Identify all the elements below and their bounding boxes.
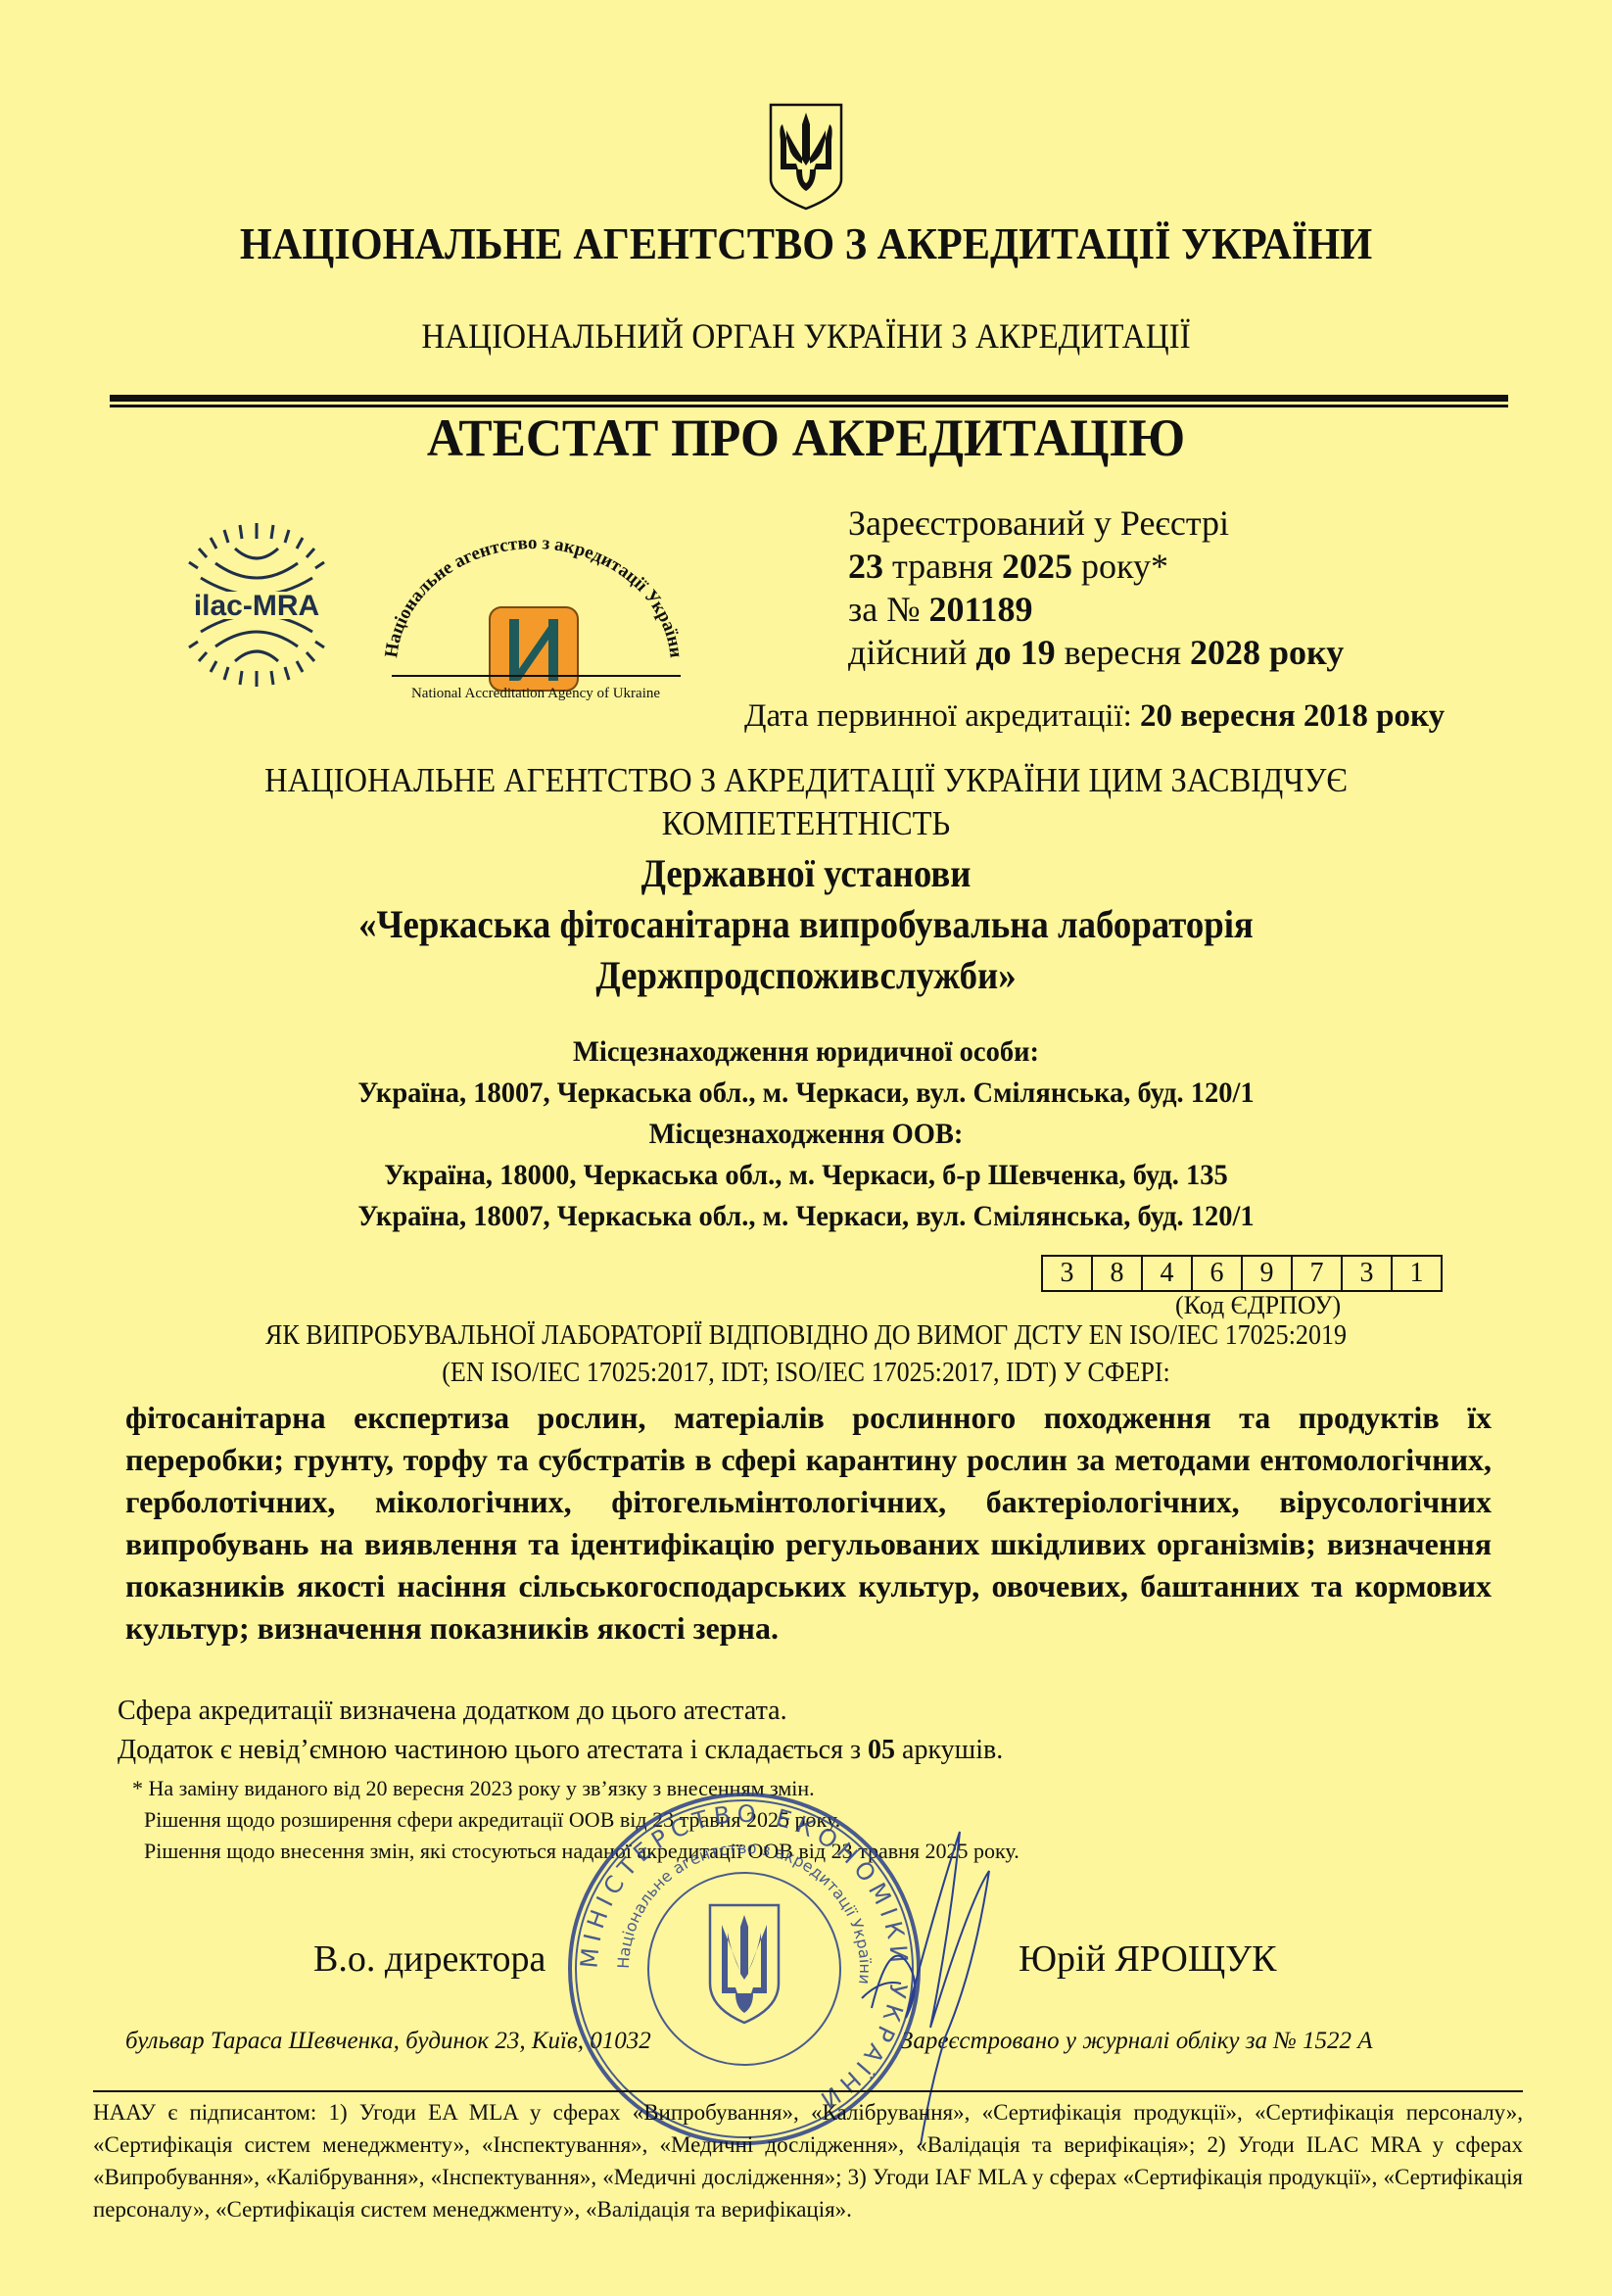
legal-address: Україна, 18007, Черкаська обл., м. Черка… xyxy=(40,1073,1572,1114)
registration-info: Зареєстрований у Реєстрі 23 травня 2025 … xyxy=(848,502,1344,674)
signatory-name: Юрій ЯРОЩУК xyxy=(1019,1937,1276,1981)
oov-address: Україна, 18007, Черкаська обл., м. Черка… xyxy=(40,1196,1572,1237)
edrpou-label: (Код ЄДРПОУ) xyxy=(1175,1291,1341,1320)
mla-signatory-footer: НААУ є підписантом: 1) Угоди EA MLA у сф… xyxy=(93,2096,1523,2225)
organization-type: Державної установи xyxy=(65,850,1547,896)
addresses: Місцезнаходження юридичної особи: Україн… xyxy=(40,1031,1572,1237)
certificate-title: АТЕСТАТ ПРО АКРЕДИТАЦІЮ xyxy=(40,407,1572,468)
accreditation-scope: фітосанітарна експертиза рослин, матеріа… xyxy=(125,1397,1492,1650)
ilac-mra-logo: ilac-MRA xyxy=(171,519,343,691)
registration-date: 23 травня 2025 року* xyxy=(848,545,1344,588)
oov-address-label: Місцезнаходження ООВ: xyxy=(40,1114,1572,1155)
legal-address-label: Місцезнаходження юридичної особи: xyxy=(40,1031,1572,1073)
certify-statement: НАЦІОНАЛЬНЕ АГЕНТСТВО З АКРЕДИТАЦІЇ УКРА… xyxy=(57,759,1556,845)
registration-number: за № 201189 xyxy=(848,588,1344,631)
oov-address: Україна, 18000, Черкаська обл., м. Черка… xyxy=(40,1155,1572,1196)
standard-statement: ЯК ВИПРОБУВАЛЬНОЇ ЛАБОРАТОРІЇ ВІДПОВІДНО… xyxy=(57,1317,1556,1392)
first-accreditation-date: Дата первинної акредитації: 20 вересня 2… xyxy=(744,698,1445,735)
edrpou-code-boxes: 3 8 4 6 9 7 3 1 xyxy=(1041,1255,1443,1292)
svg-text:ilac-MRA: ilac-MRA xyxy=(194,590,319,622)
divider-thick xyxy=(110,395,1508,402)
footer-divider xyxy=(93,2090,1523,2092)
validity: дійсний до 19 вересня 2028 року xyxy=(848,631,1344,674)
organization-name: «Черкаська фітосанітарна випробувальна л… xyxy=(65,899,1547,1001)
agency-name: НАЦІОНАЛЬНЕ АГЕНТСТВО З АКРЕДИТАЦІЇ УКРА… xyxy=(65,217,1547,269)
svg-text:National Accreditation Agency: National Accreditation Agency of Ukraine xyxy=(411,686,660,700)
signatory-role: В.о. директора xyxy=(313,1937,545,1981)
ukraine-trident-icon xyxy=(767,101,845,211)
agency-subtitle: НАЦІОНАЛЬНИЙ ОРГАН УКРАЇНИ З АКРЕДИТАЦІЇ xyxy=(65,315,1547,357)
registration-label: Зареєстрований у Реєстрі xyxy=(848,502,1344,545)
naau-logo: Національне агентство з акредитації Укра… xyxy=(367,529,700,700)
annex-notes: Сфера акредитації визначена додатком до … xyxy=(118,1692,1003,1770)
